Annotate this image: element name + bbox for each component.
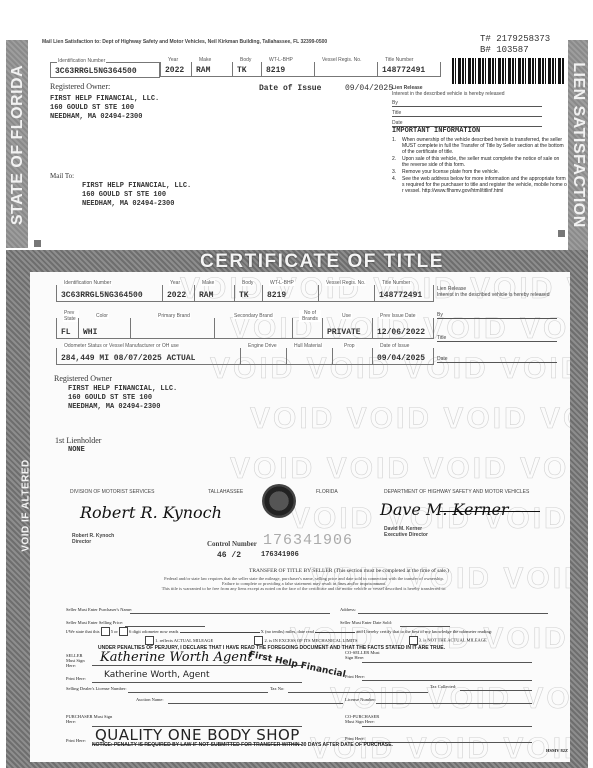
cert-primary-brand-field: Primary Brand: [130, 318, 215, 339]
stub-owner-city: NEEDHAM, MA 02494-2300: [50, 113, 142, 121]
co-seller-sign-label: CO-SELLER Must Sign Here:: [345, 650, 381, 660]
director-signature: Robert R. Kynoch: [80, 503, 222, 522]
control-number-label: Control Number: [207, 540, 257, 548]
stub-year-field: Year 2022: [160, 62, 191, 77]
state-of-florida-text: STATE OF FLORIDA: [9, 45, 27, 245]
florida-seal-icon: [262, 484, 296, 518]
tax-collected-field[interactable]: [460, 690, 532, 691]
stub-body-field: Body TK: [232, 62, 261, 77]
transfer-section: TRANSFER OF TITLE BY SELLER (This sectio…: [44, 568, 564, 591]
cert-no-of-brands-field: No of Brands: [292, 318, 323, 339]
cert-vin: 3C63RRGL5NG364500: [61, 291, 143, 300]
date-read-field[interactable]: [315, 627, 355, 633]
director-title: Director: [72, 539, 91, 545]
form-code: HSMV 82Z: [546, 748, 568, 753]
department-label: DEPARTMENT OF HIGHWAY SAFETY AND MOTOR V…: [384, 489, 529, 495]
odometer-options: 1. reflects ACTUAL MILEAGE 2. is IN EXCE…: [145, 636, 487, 645]
mail-to-street: 160 GOULD ST STE 100: [82, 191, 166, 199]
cert-owner-city: NEEDHAM, MA 02494-2300: [68, 403, 160, 411]
dealer-license-field[interactable]: [128, 692, 268, 693]
division-label: DIVISION OF MOTORIST SERVICES: [70, 489, 154, 495]
purchaser-sign-label: PURCHASER Must Sign Here:: [66, 714, 114, 724]
exec-signature-stroke: [440, 511, 540, 512]
barcode: [452, 58, 565, 84]
cert-owner-street: 160 GOULD ST STE 100: [68, 394, 152, 402]
stub-make-field: Make RAM: [191, 62, 232, 77]
cert-date-of-issue-field: Date of Issue 09/04/2025: [372, 348, 434, 365]
state-of-florida-band: STATE OF FLORIDA: [6, 40, 28, 248]
cert-id-number-field: Identification Number 3C63RRGL5NG364500: [56, 285, 163, 302]
tax-collected-label: Tax Collected:: [430, 684, 456, 689]
cert-prev-issue-date-field: Prev Issue Date 12/06/2022: [372, 318, 434, 339]
important-information: IMPORTANT INFORMATION 1.When ownership o…: [392, 127, 567, 194]
florida-label: FLORIDA: [316, 489, 338, 495]
control-prefix: 46 /2: [217, 551, 241, 560]
cert-odometer-value: 284,449 MI 08/07/2025 ACTUAL: [61, 354, 195, 363]
cert-body-field: Body TK: [234, 285, 263, 302]
stub-date-of-issue-label: Date of Issue: [259, 84, 321, 93]
t-number: T# 2179258373: [480, 34, 550, 44]
cert-use-field: Use PRIVATE: [322, 318, 373, 339]
important-heading: IMPORTANT INFORMATION: [392, 127, 567, 135]
co-seller-print-label: Print Here:: [345, 674, 365, 679]
six-digit-checkbox[interactable]: [119, 627, 128, 636]
cert-year-field: Year 2022: [162, 285, 195, 302]
not-actual-mileage-checkbox[interactable]: [409, 636, 418, 645]
exec-director-title: Executive Director: [384, 532, 428, 538]
stub-owner-street: 160 GOULD ST STE 100: [50, 104, 134, 112]
cert-engine-drive-field: Engine Drive: [240, 348, 287, 365]
cert-vessel-field: Vessel Regis. No.: [318, 285, 375, 302]
tax-no-label: Tax No:: [270, 686, 285, 691]
seller-print-value: Katherine Worth, Agent: [104, 670, 210, 680]
lien-satisfaction-text: LIEN SATISFACTION: [569, 45, 587, 245]
license-number-field[interactable]: [376, 703, 532, 704]
address-field[interactable]: [358, 613, 548, 614]
cert-lien-release: Lien Release Interest in the described v…: [437, 286, 562, 363]
co-seller-signature-field[interactable]: [362, 662, 532, 663]
co-seller-print-field[interactable]: [362, 680, 532, 681]
stub-corner-marker-right: [558, 230, 565, 237]
date-sold-label: Seller Must Enter Date Sold:: [340, 620, 392, 625]
auction-name-field[interactable]: [168, 703, 343, 704]
cert-prop-field: Prop: [332, 348, 373, 365]
stub-lien-release: Lien Release Interest in the described v…: [392, 85, 567, 127]
control-number-large: 176341906: [263, 532, 353, 549]
five-digit-checkbox[interactable]: [101, 627, 110, 636]
co-purchaser-signature-field[interactable]: [362, 726, 532, 727]
actual-mileage-checkbox[interactable]: [145, 636, 154, 645]
b-number: B# 103587: [480, 45, 529, 55]
auction-name-label: Auction Name:: [136, 697, 164, 702]
stub-id-number-field: Identification Number 3C63RRGL5NG364500: [50, 62, 160, 78]
transfer-notice: NOTICE: PENALTY IS REQUIRED BY LAW IF NO…: [92, 742, 393, 748]
stub-corner-marker-left: [34, 240, 41, 247]
cert-color-field: Color WHI: [78, 318, 131, 339]
mail-to-label: Mail To:: [50, 172, 74, 180]
seller-print-label: Print Here:: [66, 676, 86, 681]
lien-satisfaction-band: LIEN SATISFACTION: [568, 40, 588, 250]
purchaser-name-label: Seller Must Enter Purchaser's Name:: [66, 607, 132, 612]
cert-registered-owner-label: Registered Owner: [54, 374, 112, 383]
selling-price-label: Seller Must Enter Selling Price:: [66, 620, 123, 625]
tallahassee-label: TALLAHASSEE: [208, 489, 243, 495]
co-purchaser-sign-label: CO-PURCHASER Must Sign Here:: [345, 714, 389, 724]
lienholder-value: NONE: [68, 446, 85, 454]
address-label: Address:: [340, 607, 356, 612]
co-purchaser-print-label: Print Here:: [345, 736, 365, 741]
excess-mileage-checkbox[interactable]: [254, 636, 263, 645]
stub-date-of-issue: 09/04/2025: [345, 84, 393, 93]
mail-instruction: Mail Lien Satisfaction to: Dept of Highw…: [42, 39, 327, 45]
cert-make-field: Make RAM: [194, 285, 235, 302]
cert-hull-material-field: Hull Material: [286, 348, 333, 365]
seller-signature-field[interactable]: [92, 665, 302, 666]
stub-vessel-field: Vessel Regis. No.: [314, 62, 377, 77]
stub-owner-name: FIRST HELP FINANCIAL, LLC.: [50, 95, 159, 103]
purchaser-name-field[interactable]: [130, 613, 330, 614]
cert-wt-field: WT-L-BHP 8219: [262, 285, 319, 302]
stub-registered-owner-label: Registered Owner:: [50, 82, 110, 91]
lienholder-label: 1st Lienholder: [55, 436, 101, 445]
cert-owner-name: FIRST HELP FINANCIAL, LLC.: [68, 385, 177, 393]
cert-title-number-field: Title Number 148772491: [374, 285, 434, 302]
mail-to-name: FIRST HELP FINANCIAL, LLC.: [82, 182, 191, 190]
odometer-digit-boxes[interactable]: [180, 627, 260, 633]
purchaser-print-label: Print Here:: [66, 738, 86, 743]
stub-wt-field: WT-L-BHP 8219: [261, 62, 314, 77]
cert-prev-state-field: Prev State FL: [56, 318, 79, 339]
control-number-small: 176341906: [261, 551, 299, 559]
exec-director-signature: Dave M. Kerner: [380, 500, 509, 519]
tax-no-field[interactable]: [288, 692, 428, 693]
dealer-license-label: Selling Dealer's License Number:: [66, 686, 127, 691]
cert-secondary-brand-field: Secondary Brand: [214, 318, 293, 339]
seller-signature: Katherine Worth Agent: [100, 650, 253, 665]
seller-sign-label: SELLER Must Sign Here:: [66, 653, 90, 668]
void-if-altered-text: VOID IF ALTERED: [21, 446, 32, 566]
mail-to-city: NEEDHAM, MA 02494-2300: [82, 200, 174, 208]
transfer-heading: TRANSFER OF TITLE BY SELLER (This sectio…: [44, 568, 564, 574]
license-number-label: License Number:: [345, 697, 376, 702]
cert-odometer-field: Odometer Status or Vessel Manufacturer o…: [56, 348, 241, 365]
certificate-title: CERTIFICATE OF TITLE: [200, 251, 444, 273]
seller-print-field[interactable]: [92, 682, 302, 683]
stub-vin: 3C63RRGL5NG364500: [55, 67, 137, 76]
stub-title-number-field: Title Number 148772491: [377, 62, 441, 77]
